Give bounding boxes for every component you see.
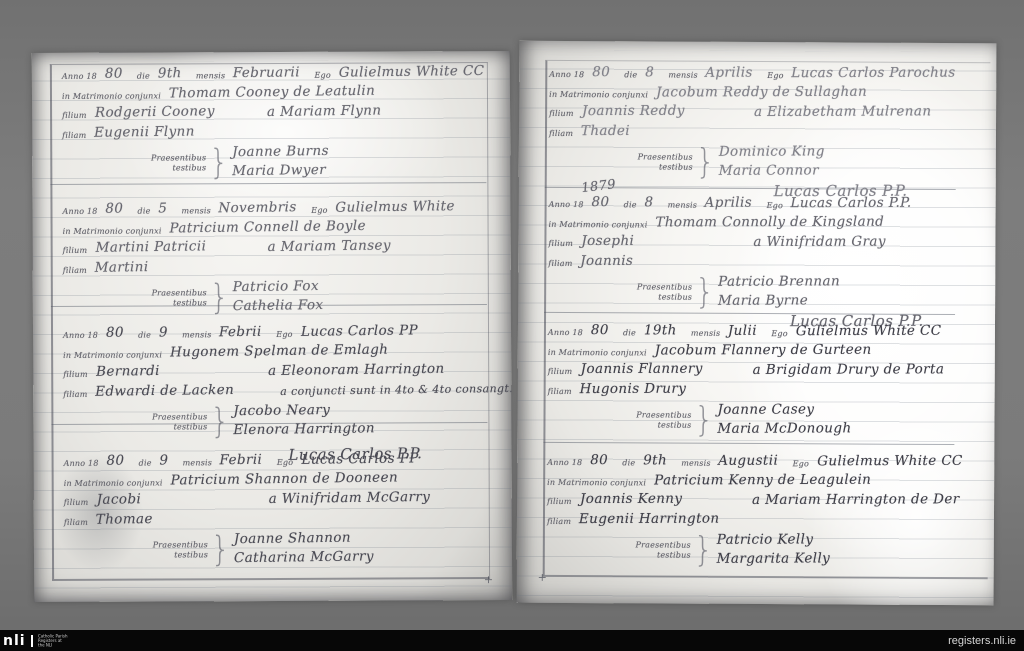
entry-year: 80 xyxy=(105,64,123,84)
entry-year: 80 xyxy=(592,193,610,213)
entry-month: Julii xyxy=(728,322,757,342)
witness-1: Joanne Burns xyxy=(232,142,329,162)
marriage-entry: 1879 Anno 18 80 die 8 mensis Aprilis Ego… xyxy=(548,194,981,332)
entry-year: 80 xyxy=(591,321,609,341)
entry-month: Febrii xyxy=(220,451,263,471)
marriage-entry: Anno 18 80 die 19th mensis Julii Ego Gul… xyxy=(547,322,980,440)
witness-1: Joanne Shannon xyxy=(234,528,374,548)
witness-block: Praesentibus testibus } Joanne Shannon C… xyxy=(64,530,496,569)
form-label-filiam: filiam xyxy=(63,260,87,280)
entry-groom: Patricium Shannon de Dooneen xyxy=(170,468,398,490)
entry-bride: a Mariam Tansey xyxy=(267,236,391,257)
marriage-entry: Anno 18 80 die 9 mensis Febrii Ego Lucas… xyxy=(64,451,497,569)
witness-block: Praesentibus testibus } Patricio Brennan… xyxy=(548,273,980,312)
form-label-anno: Anno 18 xyxy=(549,65,584,85)
entry-bride: a Brigidam Drury de Porta xyxy=(752,360,944,380)
entry-groom: Hugonem Spelman de Emlagh xyxy=(170,340,389,362)
form-label-die: die xyxy=(137,202,150,222)
form-label-anno: Anno 18 xyxy=(547,453,582,473)
witness-1: Patricio Fox xyxy=(233,277,324,297)
entry-bride-father: Eugenii Flynn xyxy=(94,122,195,143)
entry-separator xyxy=(543,442,954,445)
witness-2: Maria Byrne xyxy=(718,291,840,310)
witness-brace: } xyxy=(210,278,229,318)
entry-bride-father: Thadei xyxy=(581,121,630,141)
form-label-die: die xyxy=(624,65,637,85)
witness-1: Patricio Brennan xyxy=(718,272,840,291)
form-label-testibus: Praesentibus testibus xyxy=(609,541,691,560)
form-label-mensis: mensis xyxy=(668,66,698,86)
entry-priest: Lucas Carlos PP xyxy=(301,449,418,470)
marriage-entry: Anno 18 80 die 9th mensis Augustii Ego G… xyxy=(547,452,980,570)
witness-2: Margarita Kelly xyxy=(717,549,831,568)
form-label-filiam: filiam xyxy=(549,123,573,143)
form-label-filium: filium xyxy=(549,104,574,124)
entry-groom: Jacobum Flannery de Gurteen xyxy=(655,340,872,360)
entry-day: 5 xyxy=(158,199,167,219)
form-label-testibus: Praesentibus testibus xyxy=(125,413,207,432)
entry-groom: Jacobum Reddy de Sullaghan xyxy=(656,82,867,102)
watermark-url: registers.nli.ie xyxy=(948,635,1016,647)
entry-priest: Lucas Carlos PP xyxy=(300,321,417,342)
entry-groom-father: Rodgerii Cooney xyxy=(94,102,266,124)
form-label-filiam: filiam xyxy=(548,253,572,273)
entry-filiam-row: filiam Edwardi de Lacken a conjuncti sun… xyxy=(63,382,495,403)
form-label-filium: filium xyxy=(548,362,573,382)
entry-day: 9th xyxy=(158,64,182,84)
marriage-entry: Anno 18 80 die 9 mensis Febrii Ego Lucas… xyxy=(63,323,496,466)
form-label-die: die xyxy=(623,323,636,343)
entry-groom: Thomam Cooney de Leatulin xyxy=(169,81,376,103)
entry-couple-row: in Matrimonio conjunxi Patricium Connell… xyxy=(63,219,495,240)
witness-2: Maria McDonough xyxy=(717,419,851,438)
form-label-die: die xyxy=(622,453,635,473)
form-label-filiam: filiam xyxy=(64,512,88,532)
form-label-die: die xyxy=(139,454,152,474)
entry-day: 8 xyxy=(645,63,654,83)
witness-1: Jacobo Neary xyxy=(233,400,375,420)
entry-groom-father: Joannis Kenny xyxy=(580,489,752,509)
entry-couple-row: in Matrimonio conjunxi Patricium Shannon… xyxy=(64,471,496,492)
footer-bar: nli Catholic Parish Registers at the NLI… xyxy=(0,630,1024,651)
entry-month: Augustii xyxy=(719,452,779,472)
entry-bride-father: Eugenii Harrington xyxy=(579,509,720,529)
marriage-entry: Anno 18 80 die 5 mensis Novembris Ego Gu… xyxy=(62,199,495,317)
witness-block: Praesentibus testibus } Patricio Fox Cat… xyxy=(63,278,495,317)
entry-groom: Thomam Connolly de Kingsland xyxy=(655,212,884,232)
entry-filiam-row: filiam Eugenii Flynn xyxy=(62,123,494,144)
form-label-anno: Anno 18 xyxy=(62,202,97,222)
entry-bride-father: Thomae xyxy=(96,510,153,530)
entry-groom-father: Josephi xyxy=(581,231,753,251)
entry-groom: Patricium Connell de Boyle xyxy=(169,216,366,238)
form-label-die: die xyxy=(138,326,151,346)
entry-month: Aprilis xyxy=(705,194,753,214)
entry-groom-father: Bernardi xyxy=(96,361,268,383)
form-label-filium: filium xyxy=(62,106,87,126)
form-label-mensis: mensis xyxy=(183,453,213,473)
marriage-entry: Anno 18 80 die 9th mensis Februarii Ego … xyxy=(62,64,495,182)
witness-brace: } xyxy=(694,400,713,440)
entry-filium-row: filium Jacobi a Winifridam McGarry xyxy=(64,490,496,511)
form-label-mensis: mensis xyxy=(182,325,212,345)
form-label-filium: filium xyxy=(547,492,572,512)
frame-corner-mark: + xyxy=(538,572,547,583)
logo-separator xyxy=(31,635,33,647)
witness-2: Maria Dwyer xyxy=(232,160,329,180)
entry-priest: Lucas Carlos P.P. xyxy=(791,194,912,214)
form-label-filiam: filiam xyxy=(62,125,86,145)
entry-year: 80 xyxy=(590,451,608,471)
entry-priest: Gulielmus White xyxy=(335,197,455,218)
form-label-testibus: Praesentibus testibus xyxy=(124,154,206,173)
entry-day: 9 xyxy=(159,451,168,471)
entry-bride-father: Hugonis Drury xyxy=(580,379,687,399)
entry-separator xyxy=(50,182,486,185)
witness-block: Praesentibus testibus } Patricio Kelly M… xyxy=(547,531,979,570)
entry-filium-row: filium Rodgerii Cooney a Mariam Flynn xyxy=(62,103,494,124)
form-label-filium: filium xyxy=(64,493,89,513)
entry-groom-father: Jacobi xyxy=(96,489,268,511)
form-label-testibus: Praesentibus testibus xyxy=(125,289,207,308)
entry-month: Novembris xyxy=(219,198,298,219)
witness-brace: } xyxy=(694,530,713,570)
entry-filiam-row: filiam Thadei xyxy=(549,122,981,144)
form-label-filiam: filiam xyxy=(548,381,572,401)
frame-corner-mark: + xyxy=(484,574,493,585)
entry-filiam-row: filiam Thomae xyxy=(64,510,496,531)
register-page-left: + Anno 18 80 die 9th mensis Februarii Eg… xyxy=(32,51,512,602)
witness-1: Joanne Casey xyxy=(718,400,852,419)
witness-2: Maria Connor xyxy=(719,161,825,180)
entry-month: Febrii xyxy=(219,323,262,343)
entry-bride: a Mariam Flynn xyxy=(266,102,381,123)
form-label-anno: Anno 18 xyxy=(64,454,99,474)
form-label-testibus: Praesentibus testibus xyxy=(609,411,691,430)
entry-bride: a Winifridam McGarry xyxy=(268,488,430,510)
entry-day: 9 xyxy=(159,323,168,343)
entry-year: 80 xyxy=(592,63,610,83)
entry-bride: a Eleonoram Harrington xyxy=(268,360,445,382)
entry-month: Februarii xyxy=(233,63,300,83)
form-label-mensis: mensis xyxy=(181,201,211,221)
witness-brace: } xyxy=(211,530,230,570)
witness-2: Cathelia Fox xyxy=(233,295,324,315)
entry-groom-father: Martini Patricii xyxy=(95,237,267,259)
witness-block: Praesentibus testibus } Joanne Burns Mar… xyxy=(62,143,494,182)
entry-day: 19th xyxy=(644,321,677,341)
witness-1: Dominico King xyxy=(719,142,825,161)
witness-block: Praesentibus testibus } Joanne Casey Mar… xyxy=(547,401,979,440)
witness-brace: } xyxy=(210,402,229,442)
form-label-filium: filium xyxy=(63,365,88,385)
entry-bride: a Elizabetham Mulrenan xyxy=(754,102,931,122)
form-label-mensis: mensis xyxy=(668,196,698,216)
witness-brace: } xyxy=(696,142,715,182)
register-page-right: + Anno 18 80 die 8 mensis Aprilis Ego Lu… xyxy=(517,41,997,605)
entry-bride-father: Martini xyxy=(95,258,149,278)
entry-groom: Patricium Kenny de Leagulein xyxy=(654,470,871,490)
form-label-filiam: filiam xyxy=(547,511,571,531)
form-label-anno: Anno 18 xyxy=(549,195,584,215)
witness-brace: } xyxy=(209,143,228,183)
entry-filium-row: filium Martini Patricii a Mariam Tansey xyxy=(63,238,495,259)
entry-filiam-row: filiam Hugonis Drury xyxy=(548,380,980,402)
entry-priest: Gulielmus White CC xyxy=(796,322,942,342)
form-label-anno: Anno 18 xyxy=(62,67,97,87)
entry-priest: Lucas Carlos Parochus xyxy=(792,64,956,84)
witness-2: Elenora Harrington xyxy=(233,419,375,439)
witness-block: Praesentibus testibus } Jacobo Neary Ele… xyxy=(63,402,495,441)
entry-couple-row: in Matrimonio conjunxi Thomam Cooney de … xyxy=(62,84,494,105)
form-label-die: die xyxy=(624,195,637,215)
entry-year: 80 xyxy=(105,199,123,219)
form-label-testibus: Praesentibus testibus xyxy=(126,541,208,560)
form-label-filiam: filiam xyxy=(63,384,87,404)
witness-2: Catharina McGarry xyxy=(234,547,374,567)
witness-1: Patricio Kelly xyxy=(717,530,831,549)
entry-bride-father: Joannis xyxy=(580,251,633,271)
form-label-testibus: Praesentibus testibus xyxy=(611,153,693,172)
entry-month: Aprilis xyxy=(706,64,754,84)
entry-bride: a Winifridam Gray xyxy=(753,233,886,253)
form-label-anno: Anno 18 xyxy=(548,323,583,343)
witness-brace: } xyxy=(695,272,714,312)
entry-consanguinity-note: a conjuncti sunt in 4to & 4to consangt. … xyxy=(280,378,512,401)
entry-priest: Gulielmus White CC xyxy=(817,452,963,472)
entry-filiam-row: filiam Eugenii Harrington xyxy=(547,510,979,532)
entry-day: 8 xyxy=(645,193,654,213)
form-label-die: die xyxy=(137,67,150,87)
entry-filiam-row: filiam Joannis xyxy=(548,252,980,274)
entry-bride-father: Edwardi de Lacken xyxy=(95,380,234,401)
entry-year: 80 xyxy=(106,323,124,343)
logo-caption: Catholic Parish Registers at the NLI xyxy=(38,634,68,648)
entry-filiam-row: filiam Martini xyxy=(63,258,495,279)
register-scan: + Anno 18 80 die 9th mensis Februarii Eg… xyxy=(0,0,1024,651)
entry-year: 80 xyxy=(106,451,124,471)
form-label-filium: filium xyxy=(63,241,88,261)
form-label-anno: Anno 18 xyxy=(63,326,98,346)
entry-groom-father: Joannis Flannery xyxy=(580,359,752,379)
nli-logo-icon: nli xyxy=(3,634,26,648)
form-label-testibus: Praesentibus testibus xyxy=(610,283,692,302)
entry-priest: Gulielmus White CC xyxy=(339,62,485,83)
entry-day: 9th xyxy=(643,451,667,471)
entry-bride: a Mariam Harrington de Der xyxy=(752,490,960,510)
entry-groom-father: Joannis Reddy xyxy=(582,101,754,121)
form-label-filium: filium xyxy=(548,234,573,254)
